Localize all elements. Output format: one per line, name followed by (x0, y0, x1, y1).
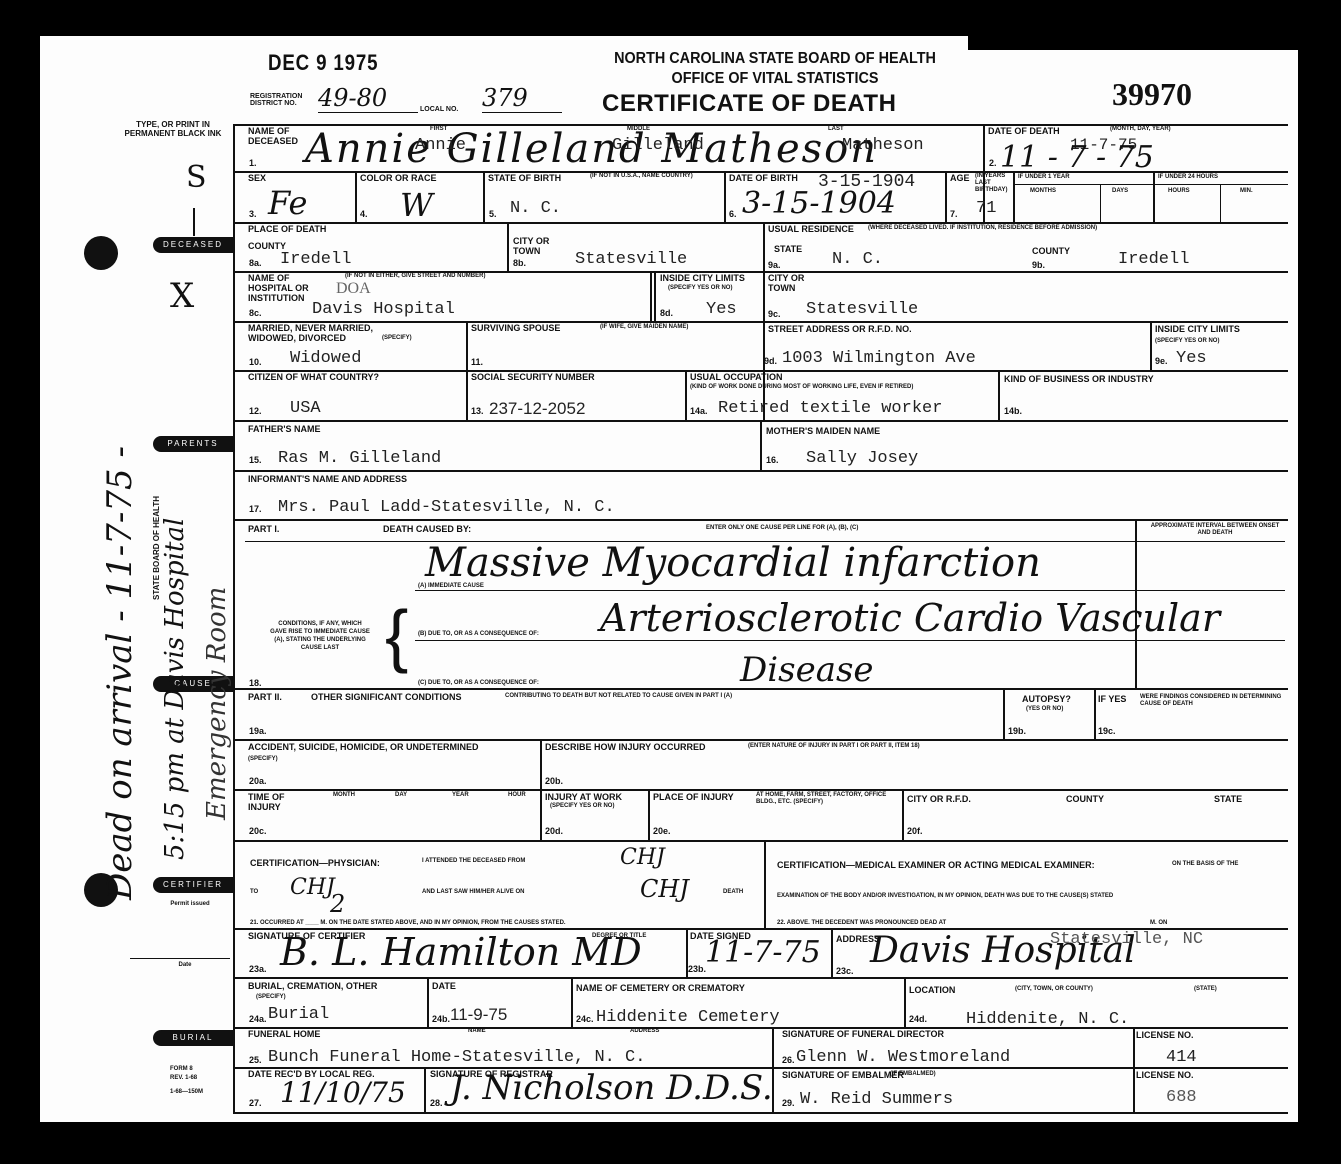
item-number: 24d. (909, 1014, 927, 1024)
registrar-signature: J. Nicholson D.D.S. (450, 1068, 773, 1108)
autopsy-sub: (YES OR NO) (1026, 706, 1063, 713)
place-of-death-label: PLACE OF DEATH (248, 224, 326, 234)
date-of-death-handwritten: 11 - 7 - 75 (1000, 140, 1154, 175)
item-number: 28. (430, 1098, 443, 1108)
interval-label: APPROXIMATE INTERVAL BETWEEN ONSET AND D… (1145, 523, 1285, 537)
months-label: MONTHS (1030, 188, 1056, 195)
death-caused-by-label: DEATH CAUSED BY: (383, 524, 471, 534)
embalmer-license-value: 688 (1166, 1088, 1197, 1107)
citizenship-label: CITIZEN OF WHAT COUNTRY? (248, 372, 379, 382)
occupation-value: Retired textile worker (718, 399, 942, 418)
hour-label: HOUR (508, 792, 526, 799)
me-text-1: ON THE BASIS OF THE (1172, 861, 1238, 868)
residence-county-label: COUNTY (1032, 246, 1070, 256)
item-number: 23c. (836, 966, 854, 976)
if-yes-sub: WERE FINDINGS CONSIDERED IN DETERMINING … (1140, 694, 1285, 708)
injury-city-label: CITY OR R.F.D. (907, 794, 971, 804)
registration-district-label: REGISTRATION DISTRICT NO. (250, 93, 310, 107)
street-value: 1003 Wilmington Ave (782, 349, 976, 368)
col-divider (902, 789, 904, 840)
form-print-run: 1-68—150M (170, 1088, 220, 1097)
item-number: 14b. (1004, 406, 1022, 416)
item-number: 20d. (545, 826, 563, 836)
col-divider (1133, 1027, 1135, 1114)
middle-name-typed: Gilleland (612, 136, 704, 155)
occurred-value: 2 (330, 890, 345, 918)
hours-label: HOURS (1168, 188, 1190, 195)
cause-line-c-label: (c) DUE TO, OR AS A CONSEQUENCE OF: (418, 680, 539, 687)
place-of-injury-label: PLACE OF INJURY (653, 792, 734, 802)
item-number: 8b. (513, 258, 526, 268)
manner-sub: (SPECIFY) (248, 756, 278, 763)
date-of-birth-handwritten: 3-15-1904 (742, 186, 896, 221)
item-number: 27. (249, 1098, 262, 1108)
margin-note-doa: Dead on arrival - 11-7-75 - (100, 446, 140, 900)
item-number: 8a. (249, 258, 262, 268)
tab-certifier: CERTIFIER (153, 877, 233, 893)
office-name: OFFICE OF VITAL STATISTICS (600, 70, 951, 88)
burial-date-label: DATE (432, 981, 456, 991)
item-number: 23b. (688, 964, 706, 974)
date-received-value: 11/10/75 (280, 1076, 406, 1109)
row-divider (233, 1027, 1288, 1029)
item-number: 24b. (432, 1014, 450, 1024)
col-divider (507, 222, 509, 271)
burial-date-value: 11-9-75 (450, 1005, 507, 1025)
residence-label: USUAL RESIDENCE (768, 224, 854, 234)
location-value: Hiddenite, N. C. (966, 1010, 1129, 1029)
margin-mark-x: X (170, 276, 194, 316)
physician-cert-label: CERTIFICATION—PHYSICIAN: (250, 858, 380, 868)
col-divider (571, 977, 573, 1027)
col-divider (466, 321, 468, 420)
col-divider (540, 739, 542, 840)
death-inside-limits-sub: (SPECIFY YES OR NO) (668, 285, 732, 292)
death-city-value: Statesville (575, 250, 687, 269)
item-number: 9b. (1032, 260, 1045, 270)
location-state: (STATE) (1194, 986, 1217, 993)
scan-edge-bar (968, 36, 1298, 50)
col-divider (724, 171, 726, 222)
row-divider (763, 271, 1288, 273)
hospital-doa-note: DOA (336, 280, 371, 298)
cemetery-value: Hiddenite Cemetery (596, 1008, 780, 1027)
birth-state-label: STATE OF BIRTH (488, 173, 561, 183)
if-yes-label: IF YES (1098, 694, 1126, 704)
tab-deceased: DECEASED (153, 237, 233, 253)
item-number: 29. (782, 1098, 795, 1108)
item-number: 19a. (249, 726, 267, 736)
hospital-value: Davis Hospital (312, 300, 455, 319)
col-divider (427, 977, 429, 1027)
state-board-stamp: STATE BOARD OF HEALTH (152, 496, 161, 600)
margin-note-er: Emergency Room (202, 587, 232, 820)
time-of-injury-label: TIME OF INJURY (248, 792, 298, 812)
describe-injury-sub: (ENTER NATURE OF INJURY IN PART I OR PAR… (748, 743, 920, 750)
item-number: 20a. (249, 776, 267, 786)
funeral-address-label: ADDRESS (630, 1028, 659, 1035)
col-divider (483, 171, 485, 222)
conditions-label: CONDITIONS, IF ANY, WHICH GAVE RISE TO I… (270, 620, 370, 652)
occupation-sub: (KIND OF WORK DONE DURING MOST OF WORKIN… (690, 384, 980, 391)
me-text-2: EXAMINATION OF THE BODY AND/OR INVESTIGA… (777, 893, 1113, 900)
item-number: 25. (249, 1055, 262, 1065)
residence-inside-limits-value: Yes (1176, 349, 1207, 368)
form-number: FORM 8 (170, 1065, 210, 1074)
citizenship-value: USA (290, 399, 321, 418)
describe-injury-label: DESCRIBE HOW INJURY OCCURRED (545, 742, 706, 752)
to-text: TO (250, 889, 258, 896)
month-label: MONTH (333, 792, 355, 799)
informant-value: Mrs. Paul Ladd-Statesville, N. C. (278, 498, 615, 517)
item-number: 9e. (1155, 356, 1168, 366)
col-divider (1003, 688, 1005, 739)
row-divider (233, 789, 1288, 791)
day-label: DAY (395, 792, 407, 799)
residence-state-value: N. C. (832, 250, 883, 269)
permit-issued-label: Permit issued (150, 900, 230, 909)
marital-status-value: Widowed (290, 349, 361, 368)
marital-status-sub: (SPECIFY) (382, 335, 412, 342)
director-license-label: LICENSE NO. (1136, 1030, 1194, 1040)
item-number: 15. (249, 455, 262, 465)
tab-burial: BURIAL (153, 1030, 233, 1046)
location-sub: (CITY, TOWN, OR COUNTY) (1015, 986, 1093, 993)
registration-district-value: 49-80 (318, 84, 418, 113)
item-number: 9a. (768, 260, 781, 270)
place-of-injury-sub: AT HOME, FARM, STREET, FACTORY, OFFICE B… (756, 792, 901, 806)
item-number: 9d. (764, 356, 777, 366)
funeral-name-label: NAME (468, 1028, 486, 1035)
col-divider (945, 171, 947, 222)
certifier-address-typed: Statesville, NC (1050, 930, 1203, 949)
row-divider (233, 519, 1288, 521)
item-number: 4. (360, 209, 368, 219)
business-label: KIND OF BUSINESS OR INDUSTRY (1004, 374, 1154, 384)
col-divider (648, 789, 650, 840)
death-word: DEATH (723, 889, 743, 896)
attended-from-value: CHJ (620, 845, 665, 870)
form-revision: REV. 1-68 (170, 1074, 210, 1083)
certificate-number: 39970 (1112, 76, 1192, 113)
col-divider (650, 271, 652, 321)
row-divider (233, 739, 1288, 741)
last-saw-text: AND LAST SAW HIM/HER ALIVE ON (422, 889, 524, 896)
row-divider (1015, 184, 1288, 185)
residence-county-value: Iredell (1118, 250, 1189, 269)
part1-label: PART I. (248, 524, 279, 534)
row-divider (233, 840, 1288, 842)
residence-city-value: Statesville (806, 300, 918, 319)
occupation-label: USUAL OCCUPATION (690, 372, 783, 382)
hospital-sub: (IF NOT IN EITHER, GIVE STREET AND NUMBE… (345, 273, 485, 280)
embalmer-sub: (IF EMBALMED) (890, 1071, 936, 1078)
last-name-typed: Matheson (842, 136, 924, 155)
col-divider (1220, 184, 1221, 222)
local-no-value: 379 (482, 84, 562, 113)
item-number: 8d. (660, 308, 673, 318)
first-name-typed: Annie (415, 136, 466, 155)
death-inside-limits-label: INSIDE CITY LIMITS (660, 273, 745, 283)
col-divider (831, 928, 833, 977)
col-divider (1094, 688, 1096, 739)
ssn-value: 237-12-2052 (489, 399, 585, 419)
manner-label: ACCIDENT, SUICIDE, HOMICIDE, OR UNDETERM… (248, 742, 479, 752)
item-number: 14a. (690, 406, 708, 416)
cause-line-b-value: Arteriosclerotic Cardio Vascular (600, 596, 1220, 640)
cause-line (415, 590, 1285, 591)
row-divider (233, 470, 1288, 472)
row-divider (233, 977, 1288, 979)
punch-hole-top (84, 236, 118, 270)
funeral-director-label: SIGNATURE OF FUNERAL DIRECTOR (782, 1029, 944, 1039)
last-saw-value: CHJ (640, 875, 689, 903)
part2-label: PART II. (248, 692, 282, 702)
injury-at-work-sub: (SPECIFY YES OR NO) (550, 803, 614, 810)
residence-city-label: CITY OR TOWN (768, 273, 808, 293)
certificate-title: CERTIFICATE OF DEATH (602, 90, 896, 118)
col-divider (424, 1067, 426, 1114)
disposition-label: BURIAL, CREMATION, OTHER (248, 981, 377, 991)
mother-name-label: MOTHER'S MAIDEN NAME (766, 426, 880, 436)
birth-state-sub: (IF NOT IN U.S.A., NAME COUNTRY) (590, 173, 700, 180)
margin-tick (193, 208, 195, 236)
informant-label: INFORMANT'S NAME AND ADDRESS (248, 474, 407, 484)
sex-value: Fe (268, 184, 307, 222)
item-number: 20f. (907, 826, 923, 836)
cemetery-label: NAME OF CEMETERY OR CREMATORY (576, 983, 745, 993)
injury-state-label: STATE (1214, 794, 1242, 804)
item-number: 18. (249, 678, 262, 688)
me-m-on: M. ON (1150, 920, 1167, 927)
row-divider (233, 222, 1288, 224)
hospital-label: NAME OF HOSPITAL OR INSTITUTION (248, 273, 323, 303)
min-label: MIN. (1240, 188, 1253, 195)
col-divider (654, 271, 656, 321)
location-label: LOCATION (909, 985, 955, 995)
date-line (130, 958, 230, 959)
director-license-value: 414 (1166, 1048, 1197, 1067)
race-label: COLOR OR RACE (360, 173, 437, 183)
under-24-hours-label: IF UNDER 24 HOURS (1158, 174, 1218, 181)
item-number: 3. (249, 209, 257, 219)
residence-sub: (WHERE DECEASED LIVED. IF INSTITUTION, R… (868, 225, 1097, 232)
col-divider (998, 370, 1000, 420)
occurred-text: 21. OCCURRED AT ____ M. ON THE DATE STAT… (250, 920, 566, 927)
margin-note-time: 5:15 pm at Davis Hospital (160, 518, 190, 860)
date-of-death-sub: (MONTH, DAY, YEAR) (1110, 126, 1171, 133)
disposition-sub: (SPECIFY) (256, 994, 286, 1001)
item-number: 6. (729, 209, 737, 219)
item-number: 12. (249, 406, 262, 416)
ink-instruction: TYPE, OR PRINT IN PERMANENT BLACK INK (118, 120, 228, 138)
other-conditions-sub: CONTRIBUTING TO DEATH BUT NOT RELATED TO… (505, 693, 732, 700)
embalmer-value: W. Reid Summers (800, 1090, 953, 1109)
date-label: Date (160, 961, 210, 970)
col-divider (1150, 321, 1152, 370)
item-number: 26. (782, 1055, 795, 1065)
item-number: 17. (249, 504, 262, 514)
cause-line (415, 640, 1285, 641)
col-divider (760, 420, 762, 470)
race-value: W (400, 186, 433, 224)
col-divider (1100, 184, 1101, 222)
injury-county-label: COUNTY (1066, 794, 1104, 804)
cause-line-a-value: Massive Myocardial infarction (425, 540, 1041, 586)
bracket-icon: { (385, 600, 408, 670)
death-city-label: CITY OR TOWN (513, 236, 553, 256)
death-county-value: Iredell (280, 250, 351, 269)
surviving-spouse-sub: (IF WIFE, GIVE MAIDEN NAME) (600, 324, 688, 331)
item-number: 16. (766, 455, 779, 465)
item-number: 5. (489, 209, 497, 219)
received-date-stamp: DEC 9 1975 (268, 50, 378, 76)
father-name-value: Ras M. Gilleland (278, 449, 441, 468)
residence-state-label: STATE (774, 244, 802, 254)
cause-line-c-value: Disease (740, 650, 874, 690)
ssn-label: SOCIAL SECURITY NUMBER (471, 372, 595, 382)
surviving-spouse-label: SURVIVING SPOUSE (471, 323, 560, 333)
item-number: 24a. (249, 1014, 267, 1024)
margin-mark-s: S (186, 160, 207, 195)
item-number: 1. (249, 158, 257, 168)
deceased-name-handwritten: Annie Gilleland Matheson (305, 126, 878, 172)
date-signed-value: 11-7-75 (705, 935, 821, 970)
col-divider (1153, 171, 1155, 222)
autopsy-label: AUTOPSY? (1022, 694, 1071, 704)
birth-state-value: N. C. (510, 199, 561, 218)
item-number: 7. (950, 209, 958, 219)
death-inside-limits-value: Yes (706, 300, 737, 319)
item-number: 20b. (545, 776, 563, 786)
mother-name-value: Sally Josey (806, 449, 918, 468)
embalmer-license-label: LICENSE NO. (1136, 1070, 1194, 1080)
certifier-signature: B. L. Hamilton MD (280, 930, 642, 974)
funeral-home-value: Bunch Funeral Home-Statesville, N. C. (268, 1048, 645, 1067)
board-name: NORTH CAROLINA STATE BOARD OF HEALTH (600, 50, 951, 68)
sex-label: SEX (248, 173, 266, 183)
item-number: 8c. (249, 308, 262, 318)
embalmer-signature-label: SIGNATURE OF EMBALMER (782, 1070, 904, 1080)
residence-inside-limits-sub: (SPECIFY YES OR NO) (1155, 338, 1219, 345)
date-of-death-label: DATE OF DEATH (988, 126, 1060, 136)
injury-at-work-label: INJURY AT WORK (545, 792, 622, 802)
col-divider (685, 370, 687, 420)
year-label: YEAR (452, 792, 469, 799)
item-number: 10. (249, 357, 262, 367)
funeral-director-value: Glenn W. Westmoreland (796, 1048, 1010, 1067)
date-of-birth-label: DATE OF BIRTH (729, 173, 798, 183)
col-divider (904, 977, 906, 1027)
age-sub: (IN YEARS LAST BIRTHDAY) (975, 173, 1015, 194)
residence-inside-limits-label: INSIDE CITY LIMITS (1155, 324, 1240, 334)
local-no-label: LOCAL NO. (420, 106, 458, 113)
item-number: 19b. (1008, 726, 1026, 736)
col-divider (355, 171, 357, 222)
cause-line-b-label: (b) DUE TO, OR AS A CONSEQUENCE OF: (418, 631, 539, 638)
me-cert-label: CERTIFICATION—MEDICAL EXAMINER OR ACTING… (777, 860, 1095, 870)
item-number: 11. (471, 357, 483, 367)
attended-text: I ATTENDED THE DECEASED FROM (422, 858, 525, 865)
father-name-label: FATHER'S NAME (248, 424, 320, 434)
under-1-year-label: IF UNDER 1 YEAR (1018, 174, 1070, 181)
name-label: NAME OF DECEASED (248, 126, 308, 146)
days-label: DAYS (1112, 188, 1128, 195)
me-text-3: 22. ABOVE. THE DECEDENT WAS PRONOUNCED D… (777, 920, 946, 927)
street-label: STREET ADDRESS OR R.F.D. No. (768, 324, 912, 334)
funeral-home-label: FUNERAL HOME (248, 1029, 320, 1039)
col-divider (764, 840, 766, 928)
item-number: 13. (471, 406, 484, 416)
attended-to-value: CHJ (290, 875, 335, 900)
other-conditions-label: OTHER SIGNIFICANT CONDITIONS (311, 692, 462, 702)
item-number: 2. (989, 158, 997, 168)
item-number: 9c. (768, 309, 781, 319)
cause-instruction: ENTER ONLY ONE CAUSE PER LINE FOR (a), (… (706, 525, 858, 532)
item-number: 23a. (249, 964, 267, 974)
item-number: 20c. (249, 826, 267, 836)
age-label: AGE (950, 173, 970, 183)
item-number: 19c. (1098, 726, 1116, 736)
item-number: 20e. (653, 826, 671, 836)
row-divider (233, 1112, 1288, 1114)
age-value: 71 (976, 199, 996, 218)
tab-parents: PARENTS (153, 436, 233, 452)
disposition-value: Burial (268, 1005, 329, 1024)
item-number: 24c. (576, 1014, 594, 1024)
